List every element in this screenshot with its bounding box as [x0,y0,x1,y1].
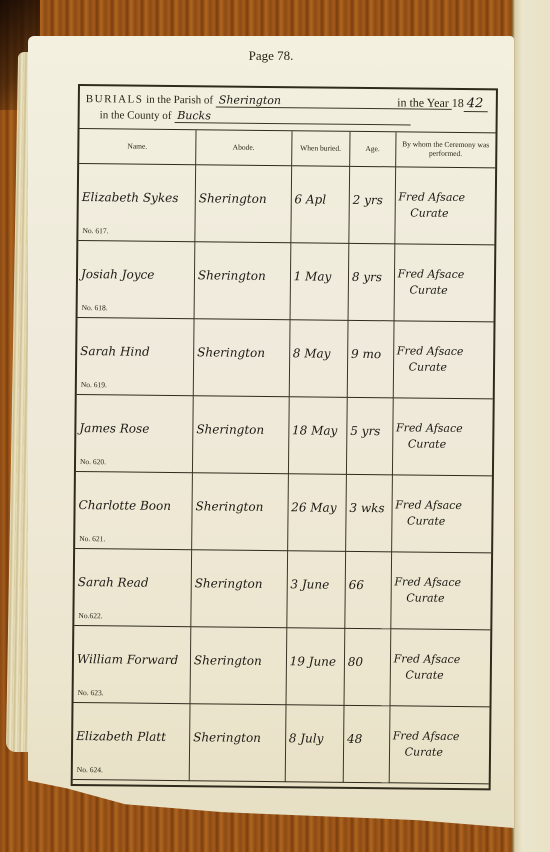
entry-number: No. 621. [79,534,105,543]
table-row: Charlotte BoonNo. 621. Sherington 26 May… [75,471,492,552]
age: 80 [348,655,387,669]
age-cell: 66 [345,551,392,628]
when-buried-cell: 8 May [289,320,348,398]
age: 9 mo [351,347,390,361]
entry-number: No. 620. [80,457,106,466]
name-cell: Sarah ReadNo.622. [74,548,191,626]
abode-cell: Sherington [191,550,287,628]
column-header-abode: Abode. [196,130,292,165]
age: 5 yrs [350,424,389,438]
burial-register-table: BURIALS in the Parish of Sherington in t… [71,84,498,790]
when-buried-cell: 18 May [288,397,347,475]
column-header-when-buried: When buried. [291,131,350,166]
age: 3 wks [349,501,388,515]
officiant: Fred AfsaceCurate [394,574,488,608]
burial-date: 19 June [290,654,341,669]
abode: Sherington [196,422,285,437]
burial-date: 26 May [291,500,342,515]
officiant-name: Fred Afsace [398,190,465,204]
officiant-role: Curate [398,205,492,222]
abode: Sherington [195,499,284,514]
column-header-officiant: By whom the Ceremony was performed. [395,132,495,168]
register-page: Page 78. BURIALS in the Parish of Sherin… [28,36,514,828]
deceased-name: Elizabeth Sykes [82,190,192,205]
entry-number: No. 619. [81,380,107,389]
abode: Sherington [198,268,287,283]
abode-cell: Sherington [192,396,288,474]
table-row: William ForwardNo. 623. Sherington 19 Ju… [74,625,491,706]
when-buried-cell: 26 May [287,474,346,552]
abode-cell: Sherington [192,473,288,551]
column-header-age: Age. [350,132,396,167]
deceased-name: Sarah Read [78,575,188,590]
officiant-cell: Fred AfsaceCurate [394,244,495,322]
deceased-name: Josiah Joyce [81,267,191,282]
officiant-name: Fred Afsace [394,652,461,666]
when-buried-cell: 3 June [286,551,345,629]
officiant-role: Curate [393,667,487,684]
officiant-role: Curate [393,744,487,761]
when-buried-cell: 6 Apl [290,166,349,244]
officiant-cell: Fred AfsaceCurate [392,398,493,476]
when-buried-cell: 19 June [286,628,345,706]
footer-signature-mark: [ 10 ] [268,828,283,836]
deceased-name: William Forward [77,652,187,667]
abode-cell: Sherington [190,627,286,705]
column-header-row: Name. Abode. When buried. Age. By whom t… [79,129,495,168]
age-cell: 48 [343,705,390,782]
officiant: Fred AfsaceCurate [393,728,487,762]
officiant: Fred AfsaceCurate [393,651,487,685]
officiant: Fred AfsaceCurate [398,189,492,223]
burial-date: 1 May [294,269,345,284]
officiant-cell: Fred AfsaceCurate [389,706,490,784]
entry-number: No. 617. [82,226,108,235]
officiant-name: Fred Afsace [396,421,463,435]
officiant-cell: Fred AfsaceCurate [393,321,494,399]
age-cell: 2 yrs [349,166,396,243]
name-cell: Elizabeth PlattNo. 624. [73,702,190,780]
age-cell: 3 wks [345,474,392,551]
entry-number: No. 623. [78,688,104,697]
age-cell: 5 yrs [346,397,393,474]
age-cell: 80 [344,628,391,705]
officiant-cell: Fred AfsaceCurate [394,167,495,245]
officiant-cell: Fred AfsaceCurate [390,552,491,630]
table-row: Sarah ReadNo.622. Sherington 3 June 66 F… [74,548,491,629]
burial-date: 8 May [293,346,344,361]
deceased-name: James Rose [79,421,189,436]
officiant-role: Curate [396,436,490,453]
burial-date: 18 May [292,423,343,438]
abode-cell: Sherington [194,242,290,320]
parish-prefix: in the Parish of [146,94,213,107]
burial-date: 6 Apl [294,192,345,207]
officiant-cell: Fred AfsaceCurate [390,629,491,707]
facing-page-edge [512,0,550,852]
officiant: Fred AfsaceCurate [395,497,489,531]
abode-cell: Sherington [193,319,289,397]
officiant-role: Curate [397,282,491,299]
name-cell: Josiah JoyceNo. 618. [78,241,195,319]
officiant-role: Curate [397,359,491,376]
abode: Sherington [194,653,283,668]
register-type: BURIALS [86,93,144,106]
age-cell: 9 mo [347,320,394,397]
year-line: in the Year 1842 [397,95,488,112]
column-header-name: Name. [79,129,196,165]
deceased-name: Charlotte Boon [79,498,189,513]
table-row: James RoseNo. 620. Sherington 18 May 5 y… [76,395,493,476]
name-cell: Sarah HindNo. 619. [77,318,194,396]
officiant: Fred AfsaceCurate [397,343,491,377]
page-number: Page 78. [28,48,514,64]
year-value: 42 [464,96,488,112]
officiant: Fred AfsaceCurate [397,266,491,300]
abode-cell: Sherington [195,165,291,243]
age: 2 yrs [353,193,392,207]
year-prefix: in the Year 18 [397,95,464,110]
officiant-name: Fred Afsace [398,267,465,281]
burial-entries-grid: Name. Abode. When buried. Age. By whom t… [73,129,496,784]
entry-number: No. 624. [77,765,103,774]
table-row: Elizabeth PlattNo. 624. Sherington 8 Jul… [73,702,490,783]
age-cell: 8 yrs [348,243,395,320]
name-cell: William ForwardNo. 623. [74,625,191,703]
county-name: Bucks [174,109,410,125]
age: 8 yrs [352,270,391,284]
table-row: Sarah HindNo. 619. Sherington 8 May 9 mo… [77,318,494,399]
name-cell: Elizabeth SykesNo. 617. [78,164,195,242]
deceased-name: Sarah Hind [80,344,190,359]
abode: Sherington [199,191,288,206]
burial-date: 8 July [289,731,340,746]
when-buried-cell: 1 May [290,243,349,321]
abode: Sherington [195,576,284,591]
burial-date: 3 June [290,577,341,592]
table-row: Josiah JoyceNo. 618. Sherington 1 May 8 … [78,241,495,322]
officiant-name: Fred Afsace [395,498,462,512]
entry-number: No.622. [78,611,102,620]
abode: Sherington [193,730,282,745]
officiant-name: Fred Afsace [394,575,461,589]
county-prefix: in the County of [100,109,172,122]
officiant-role: Curate [395,513,489,530]
officiant-name: Fred Afsace [397,344,464,358]
register-title-block: BURIALS in the Parish of Sherington in t… [80,86,496,133]
officiant-cell: Fred AfsaceCurate [391,475,492,553]
name-cell: Charlotte BoonNo. 621. [75,471,192,549]
when-buried-cell: 8 July [285,705,344,783]
officiant: Fred AfsaceCurate [396,420,490,454]
abode-cell: Sherington [189,704,285,782]
deceased-name: Elizabeth Platt [76,729,186,744]
table-row: Elizabeth SykesNo. 617. Sherington 6 Apl… [78,164,495,245]
officiant-name: Fred Afsace [393,729,460,743]
name-cell: James RoseNo. 620. [76,395,193,473]
age: 48 [347,732,386,746]
abode: Sherington [197,345,286,360]
age: 66 [349,578,388,592]
county-line: in the County of Bucks [100,108,411,125]
entry-number: No. 618. [82,303,108,312]
officiant-role: Curate [394,590,488,607]
